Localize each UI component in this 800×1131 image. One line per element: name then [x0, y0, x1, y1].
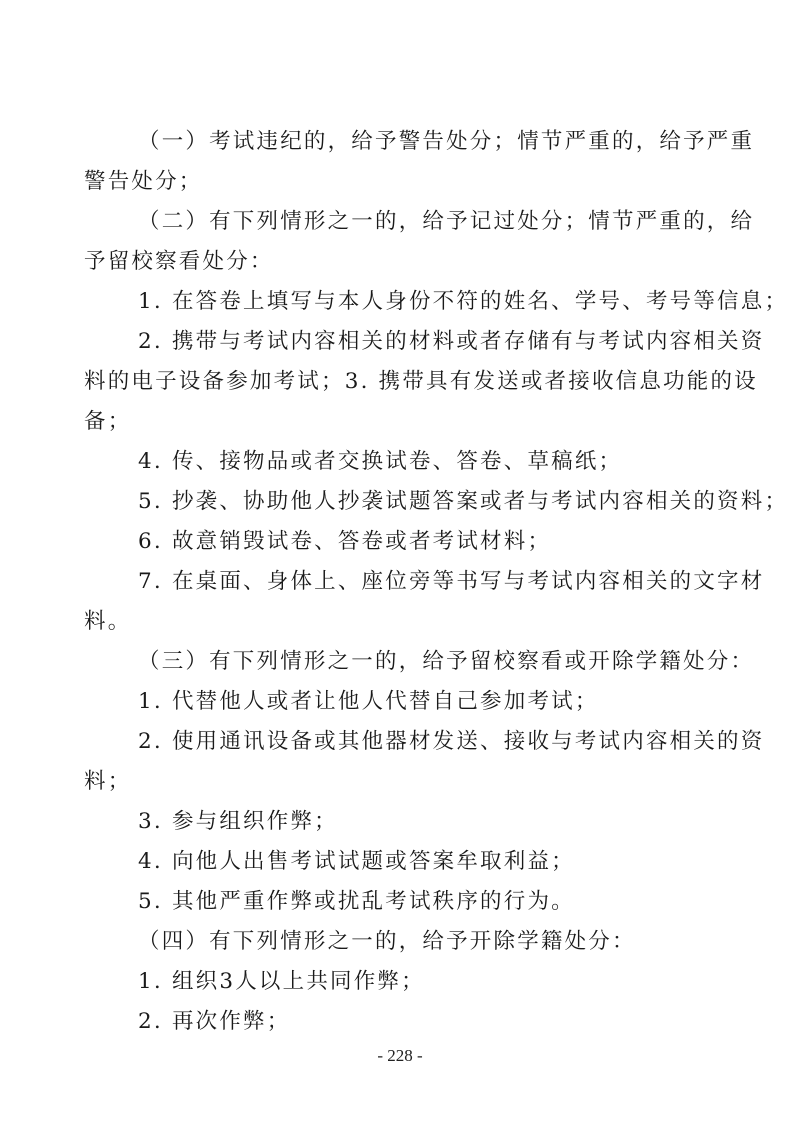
section-3-item-4: 4. 向他人出售考试试题或答案牟取利益；	[138, 848, 575, 876]
section-3-item-1: 1. 代替他人或者让他人代替自己参加考试；	[138, 688, 599, 716]
section-2-heading-cont: 予留校察看处分：	[84, 248, 274, 276]
section-2-item-2-cont: 料的电子设备参加考试；3. 携带具有发送或者接收信息功能的设	[84, 368, 758, 396]
section-4-heading: （四）有下列情形之一的，给予开除学籍处分：	[138, 928, 636, 956]
section-3-item-2: 2. 使用通讯设备或其他器材发送、接收与考试内容相关的资	[138, 728, 764, 756]
section-2-item-7: 7. 在桌面、身体上、座位旁等书写与考试内容相关的文字材	[138, 568, 764, 596]
document-page: （一）考试违纪的，给予警告处分；情节严重的，给予严重 警告处分； （二）有下列情…	[0, 0, 800, 1131]
section-3-item-5: 5. 其他严重作弊或扰乱考试秩序的行为。	[138, 888, 575, 916]
section-2-item-7-cont: 料。	[84, 608, 131, 636]
section-3-item-3: 3. 参与组织作弊；	[138, 808, 338, 836]
section-1-heading-cont: 警告处分；	[84, 168, 203, 196]
section-2-item-6: 6. 故意销毁试卷、答卷或者考试材料；	[138, 528, 551, 556]
section-2-item-2: 2. 携带与考试内容相关的材料或者存储有与考试内容相关资	[138, 328, 764, 356]
section-1-heading: （一）考试违纪的，给予警告处分；情节严重的，给予严重	[138, 128, 754, 156]
section-2-item-1: 1. 在答卷上填写与本人身份不符的姓名、学号、考号等信息；	[138, 288, 788, 316]
section-2-item-4: 4. 传、接物品或者交换试卷、答卷、草稿纸；	[138, 448, 622, 476]
section-2-item-3-cont: 备；	[84, 408, 131, 436]
section-4-item-1: 1. 组织3人以上共同作弊；	[138, 968, 425, 996]
section-2-item-5: 5. 抄袭、协助他人抄袭试题答案或者与考试内容相关的资料；	[138, 488, 788, 516]
section-4-item-2: 2. 再次作弊；	[138, 1008, 290, 1036]
section-3-heading: （三）有下列情形之一的，给予留校察看或开除学籍处分：	[138, 648, 754, 676]
section-3-item-2-cont: 料；	[84, 768, 131, 796]
section-2-heading: （二）有下列情形之一的，给予记过处分；情节严重的，给	[138, 208, 754, 236]
page-number: - 228 -	[0, 1046, 800, 1066]
